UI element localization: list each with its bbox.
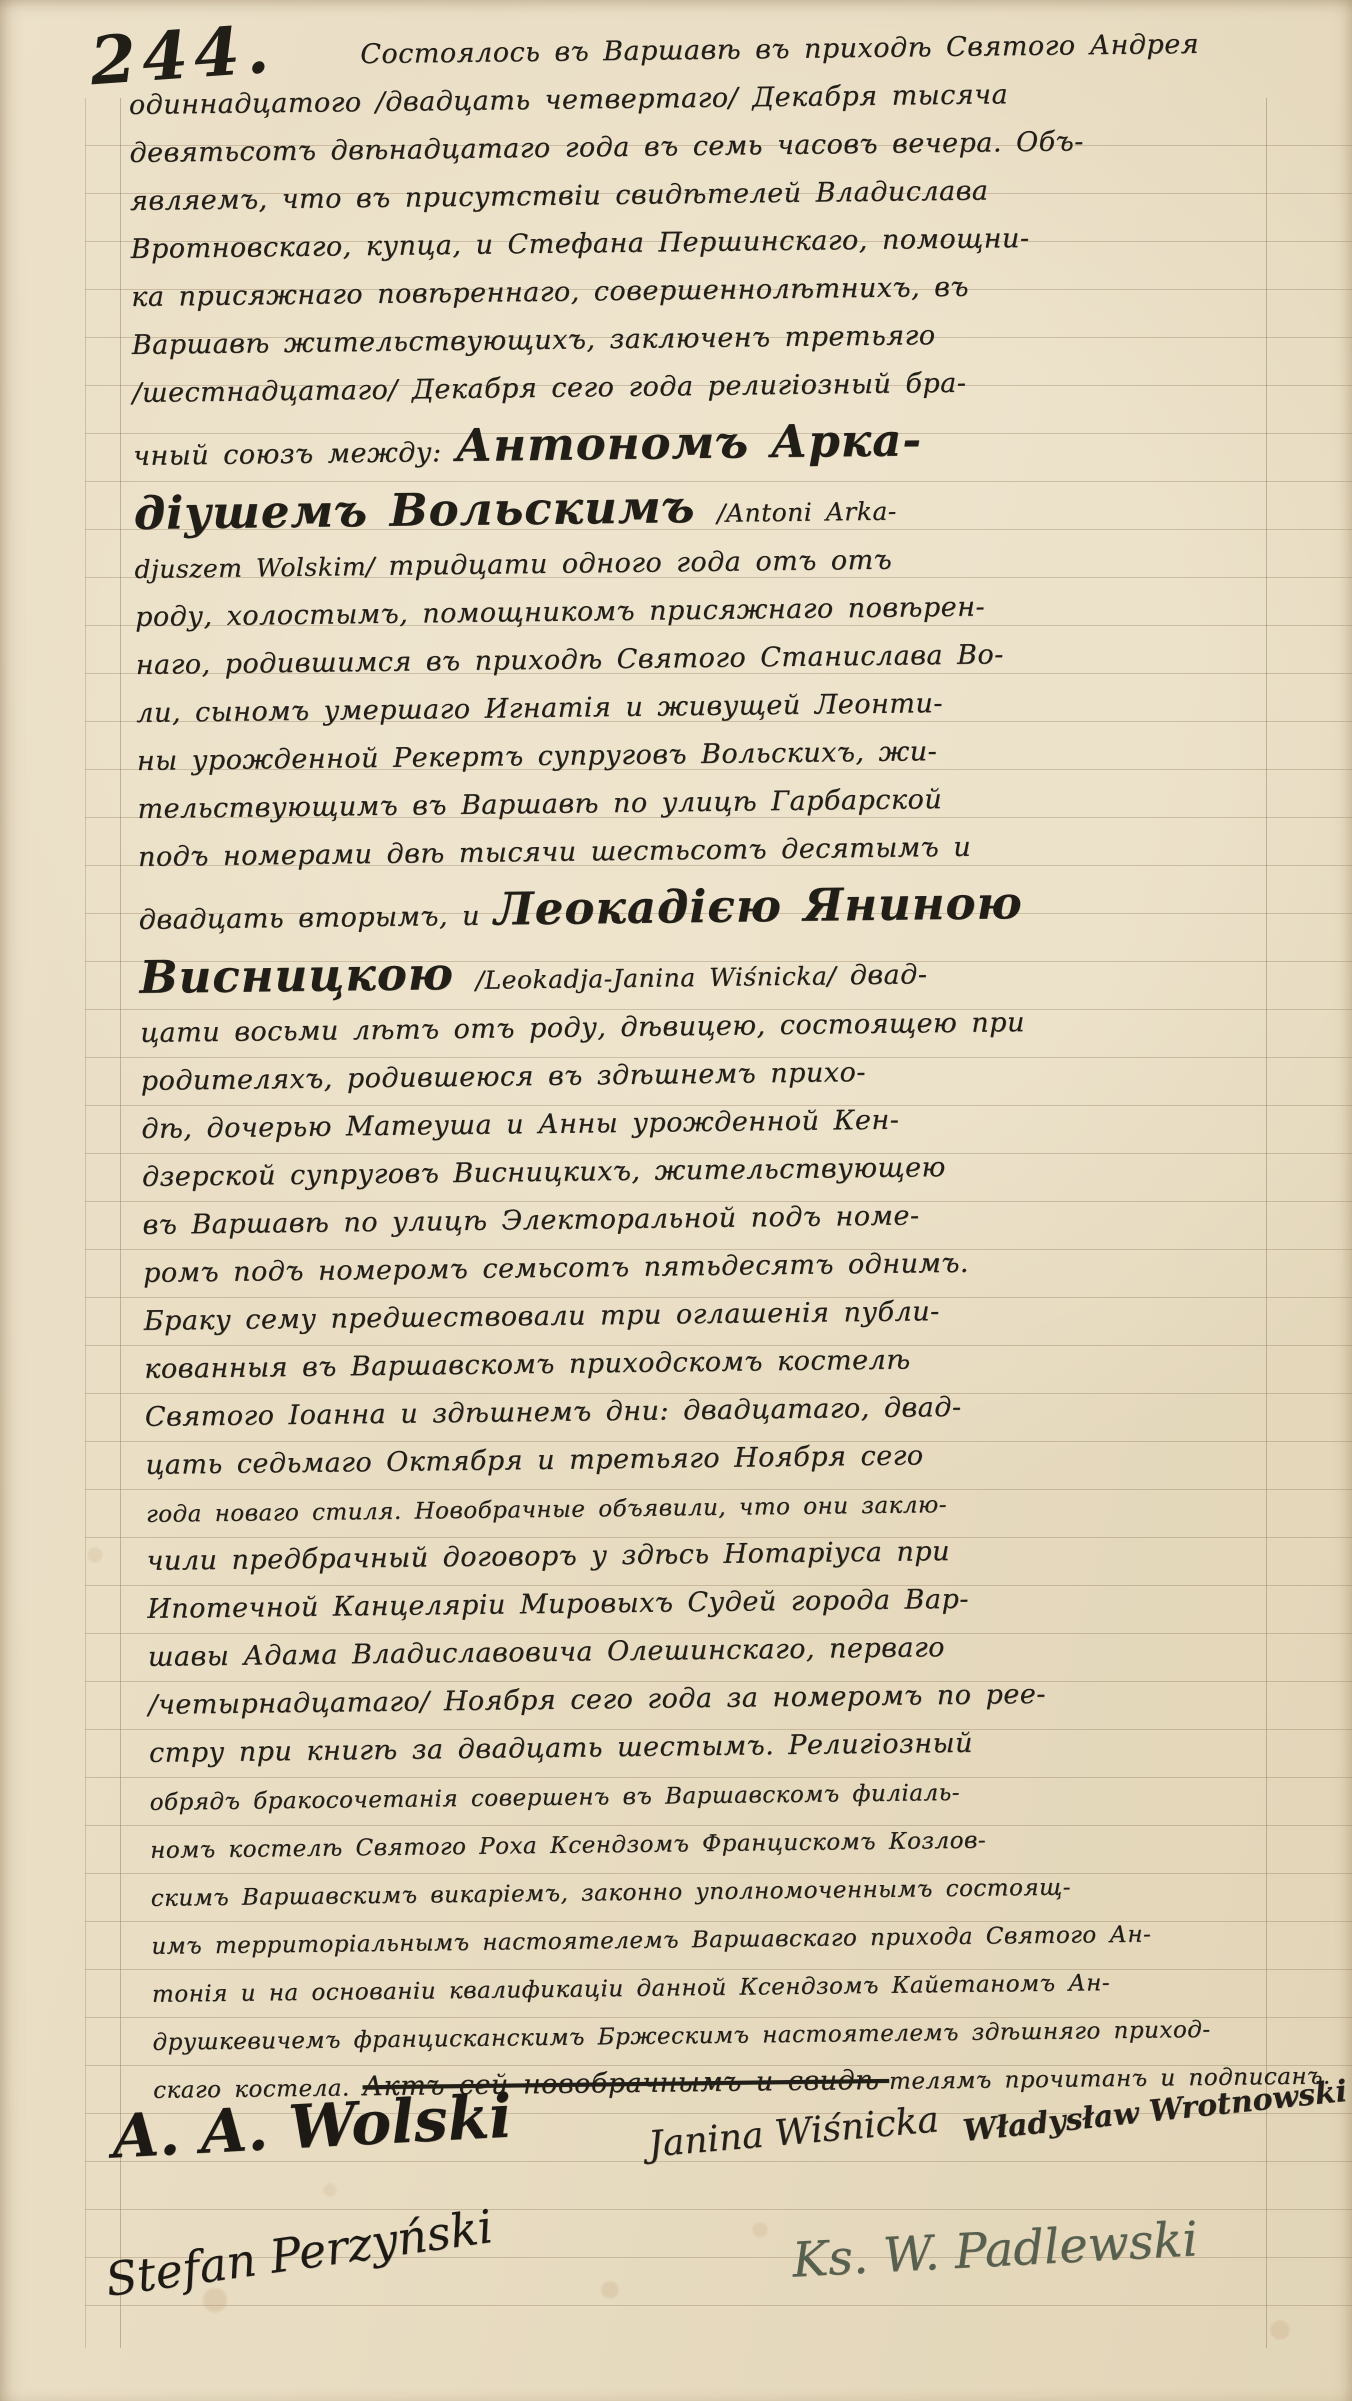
handwritten-text: ны урожденной Рекертъ супруговъ Вольских…	[137, 736, 938, 777]
handwritten-text: номъ костелѣ Святого Роха Ксендзомъ Фран…	[150, 1828, 986, 1864]
handwritten-text: обрядъ бракосочетанія совершенъ въ Варша…	[149, 1780, 960, 1816]
left-margin-rule	[120, 98, 121, 2348]
handwritten-text: Ипотечной Канцеляріи Мировыхъ Судей горо…	[147, 1584, 969, 1625]
handwritten-text: /четырнадцатаго/ Ноября сего года за ном…	[148, 1679, 1046, 1721]
manuscript-body: Состоялось въ Варшавѣ въ приходѣ Святого…	[128, 20, 1293, 2114]
handwritten-text: ка присяжнаго повѣреннаго, совершеннолѣт…	[131, 272, 969, 313]
handwritten-text: ли, сыномъ умершаго Игнатія и живущей Ле…	[136, 688, 943, 729]
handwritten-text: являемъ, что въ присутствіи свидѣтелей В…	[130, 176, 989, 217]
handwritten-text: скимъ Варшавскимъ викаріемъ, законно упо…	[151, 1875, 1071, 1912]
handwritten-text: Висницкою	[139, 947, 476, 1004]
handwritten-text: Состоялось въ Варшавѣ въ приходѣ Святого…	[360, 29, 1199, 70]
handwritten-text: цать седьмаго Октября и третьяго Ноября …	[145, 1440, 923, 1481]
handwritten-text: дѣ, дочерью Матеуша и Анны урожденной Ке…	[141, 1105, 899, 1145]
handwritten-text: наго, родившимся въ приходѣ Святого Стан…	[136, 639, 1004, 681]
handwritten-text: подъ номерами двѣ тысячи шестьсотъ десят…	[138, 832, 971, 873]
handwritten-text: цати восьми лѣтъ отъ роду, дѣвицею, сост…	[140, 1007, 1025, 1049]
handwritten-text: въ Варшавѣ по улицѣ Электоральной подъ н…	[142, 1200, 919, 1240]
handwritten-text: тридцати одного года отъ отъ	[388, 545, 892, 582]
handwritten-text: /Leokadja-Janina Wiśnicka/	[475, 961, 849, 995]
signature-stefan-perzy-ski: Stefan Perzyński	[102, 2199, 496, 2307]
handwritten-text: двадцать вторымъ, и	[139, 901, 495, 936]
handwritten-text: діушемъ Вольскимъ	[134, 480, 718, 540]
ruling-block-edge	[85, 98, 86, 2348]
handwritten-text: /шестнадцатаго/ Декабря сего года религі…	[132, 368, 966, 409]
handwritten-text: Антономъ Арка-	[455, 413, 922, 472]
handwritten-text: двад-	[850, 959, 928, 991]
handwritten-text: имъ территоріальнымъ настоятелемъ Варшав…	[151, 1922, 1151, 1960]
handwritten-text: Варшавѣ жительствующихъ, заключенъ треть…	[132, 320, 936, 361]
handwritten-text: чный союзъ между:	[133, 437, 456, 472]
handwritten-text: родителяхъ, родившеюся въ здѣшнемъ прихо…	[141, 1057, 866, 1097]
handwritten-text: дзерской супруговъ Висницкихъ, жительств…	[142, 1152, 946, 1193]
handwritten-text: стру при книгѣ за двадцать шестымъ. Рели…	[149, 1728, 973, 1769]
handwritten-text: Святого Іоанна и здѣшнемъ дни: двадцатаг…	[145, 1392, 962, 1433]
handwritten-text: чили предбрачный договоръ у здѣсь Нотарі…	[146, 1536, 950, 1577]
handwritten-text: Леокадією Яниною	[494, 876, 1023, 935]
handwritten-text: друшкевичемъ францисканскимъ Бржескимъ н…	[152, 2017, 1210, 2056]
handwritten-text: одиннадцатого /двадцать четвертаго/ Дека…	[129, 79, 1009, 121]
signature-janina-wi-nicka: Janina Wiśnicka	[647, 2099, 941, 2165]
handwritten-text: роду, холостымъ, помощникомъ присяжнаго …	[135, 592, 985, 633]
manuscript-page: 244. Состоялось въ Варшавѣ въ приходѣ Св…	[0, 0, 1352, 2401]
handwritten-text: djuszem Wolskim/	[134, 552, 388, 584]
handwritten-text: Вротновскаго, купца, и Стефана Першинска…	[130, 223, 1029, 265]
handwritten-text: тонія и на основаніи квалификаціи данной…	[152, 1970, 1110, 2008]
signature-ks-w-padlewski: Ks. W. Padlewski	[791, 2211, 1199, 2288]
handwritten-text: шавы Адама Владиславовича Олешинскаго, п…	[148, 1632, 945, 1673]
handwritten-text: ромъ подъ номеромъ семьсотъ пятьдесятъ о…	[143, 1248, 969, 1289]
handwritten-text: года новаго стиля. Новобрачные объявили,…	[146, 1492, 947, 1528]
handwritten-text: кованныя въ Варшавскомъ приходскомъ кост…	[144, 1345, 911, 1385]
handwritten-text: Браку сему предшествовали три оглашенія …	[144, 1296, 940, 1337]
handwritten-text: /Antoni Arka-	[717, 497, 897, 528]
handwritten-text: тельствующимъ въ Варшавѣ по улицѣ Гарбар…	[137, 784, 942, 825]
handwritten-text: девятьсотъ двѣнадцатаго года въ семь час…	[129, 126, 1084, 169]
